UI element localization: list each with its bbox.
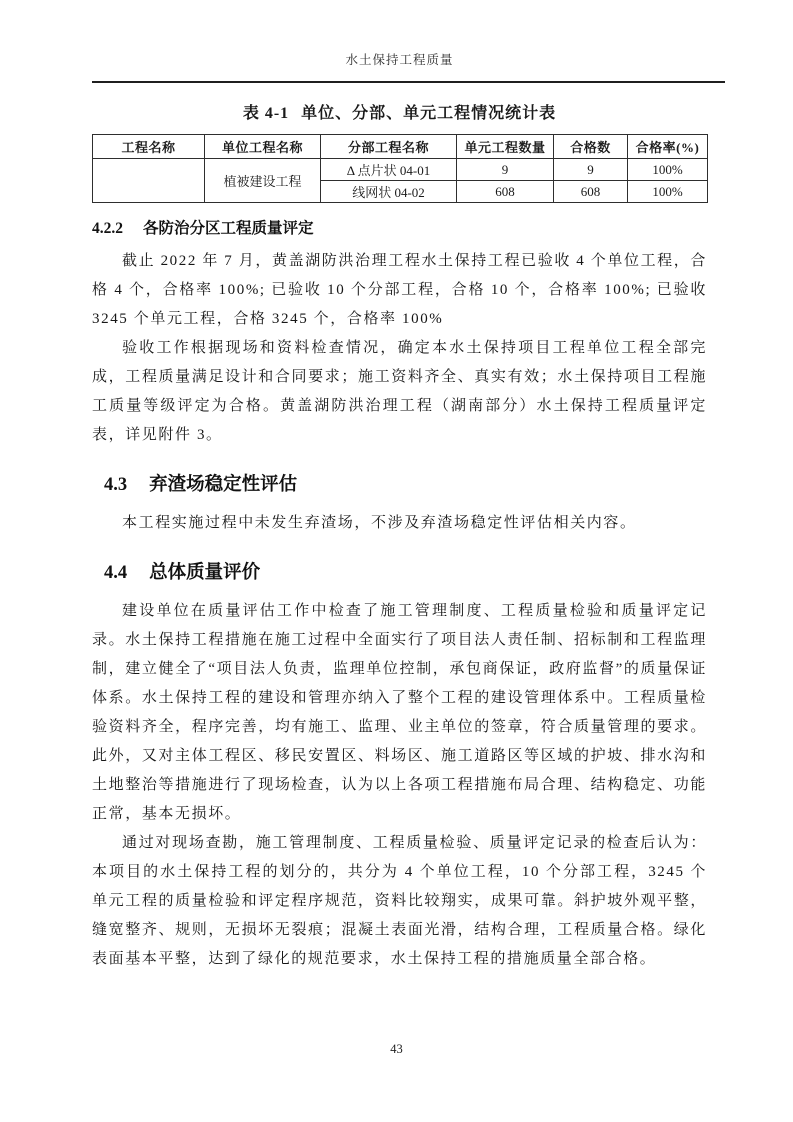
stats-table: 工程名称 单位工程名称 分部工程名称 单元工程数量 合格数 合格率(%) 植被建… <box>92 134 708 203</box>
section-number: 4.3 <box>104 475 127 495</box>
section-title: 弃渣场稳定性评估 <box>149 473 297 494</box>
section-title: 各防治分区工程质量评定 <box>143 220 314 237</box>
header-rule <box>92 81 725 83</box>
col-header-division-name: 分部工程名称 <box>321 135 457 159</box>
col-header-project-name: 工程名称 <box>93 135 205 159</box>
cell-qualified-count: 608 <box>554 181 628 203</box>
cell-qualified-count: 9 <box>554 159 628 181</box>
section-heading-4-2-2: 4.2.2各防治分区工程质量评定 <box>92 216 707 238</box>
paragraph: 通过对现场查勘，施工管理制度、工程质量检验、质量评定记录的检查后认为：本项目的水… <box>92 829 707 974</box>
cell-unit-count: 9 <box>457 159 554 181</box>
col-header-unit-count: 单元工程数量 <box>457 135 554 159</box>
paragraph: 建设单位在质量评估工作中检查了施工管理制度、工程质量检验和质量评定记录。水土保持… <box>92 597 707 829</box>
running-header: 水土保持工程质量 <box>92 50 707 67</box>
paragraph: 本工程实施过程中未发生弃渣场，不涉及弃渣场稳定性评估相关内容。 <box>92 509 707 538</box>
paragraph: 截止 2022 年 7 月，黄盖湖防洪治理工程水土保持工程已验收 4 个单位工程… <box>92 247 707 334</box>
col-header-qualified-count: 合格数 <box>554 135 628 159</box>
table-caption: 表 4-1单位、分部、单元工程情况统计表 <box>92 100 707 123</box>
section-title: 总体质量评价 <box>149 561 260 582</box>
col-header-unit-project-name: 单位工程名称 <box>205 135 321 159</box>
table-caption-label: 表 4-1 <box>243 105 289 122</box>
col-header-pass-rate: 合格率(%) <box>628 135 708 159</box>
cell-project-name <box>93 159 205 203</box>
section-heading-4-4: 4.4总体质量评价 <box>92 558 707 584</box>
cell-pass-rate: 100% <box>628 181 708 203</box>
table-header-row: 工程名称 单位工程名称 分部工程名称 单元工程数量 合格数 合格率(%) <box>93 135 708 159</box>
section-number: 4.4 <box>104 563 127 583</box>
paragraph: 验收工作根据现场和资料检查情况，确定本水土保持项目工程单位工程全部完成，工程质量… <box>92 334 707 450</box>
cell-unit-count: 608 <box>457 181 554 203</box>
cell-division-name: 线网状 04-02 <box>321 181 457 203</box>
table-row: 植被建设工程 Δ 点片状 04-01 9 9 100% <box>93 159 708 181</box>
cell-division-name: Δ 点片状 04-01 <box>321 159 457 181</box>
section-number: 4.2.2 <box>92 220 123 237</box>
cell-pass-rate: 100% <box>628 159 708 181</box>
section-heading-4-3: 4.3弃渣场稳定性评估 <box>92 470 707 496</box>
document-page: 水土保持工程质量 表 4-1单位、分部、单元工程情况统计表 工程名称 单位工程名… <box>0 0 793 1122</box>
cell-unit-project-name: 植被建设工程 <box>205 159 321 203</box>
page-number: 43 <box>0 1042 793 1057</box>
table-caption-text: 单位、分部、单元工程情况统计表 <box>301 105 556 122</box>
